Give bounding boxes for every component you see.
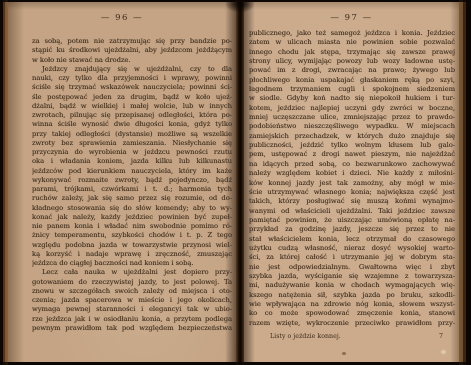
text-line: wykonywać rozmaite zwroty, bądź pojedync…: [32, 176, 232, 185]
left-page: — 96 — za sobą, potem nie zatrzymując si…: [8, 2, 236, 362]
text-line: przyczynia do wyrobienia w jeźdzcu pewno…: [32, 148, 232, 157]
text-line: Jeźdzcy znajdujący się w ujeżdżalni, czy…: [32, 65, 232, 74]
text-line: nauki, czy tylko dla przyjemności i wpra…: [32, 74, 232, 83]
text-line: zwrotach, pilnując się przepisanej odleg…: [32, 111, 232, 120]
text-line: szybka jazda, wyściganie się wzajemne z …: [249, 272, 455, 281]
text-line: czenia; jazda spacerowa w mieście i jego…: [32, 296, 232, 305]
text-line: płochliwego konia uspakajać głaskaniem r…: [249, 76, 455, 85]
text-line: należy względem kobiet i dzieci. Nie każ…: [249, 169, 455, 178]
text-line: użytku cudzą własność, nieraz dosyć wyso…: [249, 244, 455, 253]
right-page: — 97 — publicznego, jako też samegoż jeź…: [244, 2, 459, 362]
text-line: pować im z drogi, zwracając na prawo; ży…: [249, 66, 455, 75]
text-line: Lecz cała nauka w ujeżdżalni jest dopier…: [32, 268, 232, 277]
text-line: ką korzyść i nadaje wprawę i zręczność, …: [32, 250, 232, 259]
text-line: dżalni, bądź w wielkiej i małej wolcie, …: [32, 102, 232, 111]
right-page-text: publicznego, jako też samegoż jeźdzca i …: [249, 29, 455, 328]
footer-signature-number: 7: [439, 333, 443, 340]
text-line: wanymi od właścicieli ujeżdżalni. Taki j…: [249, 207, 455, 216]
text-line: pamiętać powinien, że uiszczając umówion…: [249, 216, 455, 225]
text-line: ków konnej jazdy jest tak zamożny, aby m…: [249, 179, 455, 188]
text-line: znowu w szczegółach swoich zależy od mie…: [32, 287, 232, 296]
paper-speck: [342, 352, 346, 355]
text-line: razem wzięte, wykroczenie przeciwko praw…: [249, 319, 455, 328]
text-line: parami, trójkami, czwórkami i t. d.; har…: [32, 185, 232, 194]
text-line: stał właścicielem konia, lecz otrzymał d…: [249, 235, 455, 244]
text-line: takich, którzy posługiwać się muszą końm…: [249, 197, 455, 206]
text-line: konać jak należy, każdy jeździec powinie…: [32, 213, 232, 222]
book-right-edge: [459, 0, 471, 365]
text-line: ście utrzymywać własnego konia; najwięks…: [249, 188, 455, 197]
left-page-number: — 96 —: [8, 13, 236, 23]
text-line: przy takiej odległości (dystansie) możli…: [32, 130, 232, 139]
right-page-number: — 97 —: [244, 13, 459, 23]
text-line: nie jest odpowiedzialnym. Gwałtowna więc…: [249, 263, 455, 272]
text-line: pewnym prawidłom tak pod względem bezpie…: [32, 324, 232, 333]
text-line: strony ulicy, wymijając powozy lub wozy …: [249, 57, 455, 66]
text-line: rze jeźdzca jak i w osiodłaniu konia, a …: [32, 315, 232, 324]
text-line: kładnego stosowania się do słów komendy;…: [32, 204, 232, 213]
text-line: publicznego, jako też samegoż jeźdzca i …: [249, 29, 455, 38]
text-line: na idących przed sobą, co bezwarunkowo z…: [249, 160, 455, 169]
text-line: stąpić ku środkowi ujeżdżalni, aby jeźdz…: [32, 46, 232, 55]
text-line: żnicy temperamentu, szybkości chodów i t…: [32, 231, 232, 240]
text-line: ko co może spowodować zmęczenie konia, s…: [249, 309, 455, 318]
text-line: kszego natężenia sił, szybka jazda po br…: [249, 291, 455, 300]
scan-top-edge: [0, 0, 471, 2]
text-line: łagodnem trzymaniem cugli i spokojnem si…: [249, 85, 455, 94]
text-line: wie wpływająca na zdrowie nóg konia, sło…: [249, 300, 455, 309]
text-line: jeźdzców pod kierunkiem nauczyciela, któ…: [32, 167, 232, 176]
text-line: mi, nadużywanie konia w chodach wymagają…: [249, 281, 455, 290]
page-footer: Listy o jeździe konnej. 7: [244, 333, 459, 340]
text-line: śle postępować jeden za drugim, bądź w k…: [32, 93, 232, 102]
text-line: przykład za godzinę jazdy, jeszcze się p…: [249, 225, 455, 234]
book-gutter: [236, 0, 244, 365]
text-line: ruchów zależy, jak się samo przez się ro…: [32, 194, 232, 203]
text-line: względu podobna jazda w towarzystwie prz…: [32, 241, 232, 250]
paper-speck: [440, 349, 447, 355]
text-line: nie panem konia i władać nim swobodnie p…: [32, 222, 232, 231]
footer-book-title: Listy o jeździe konnej.: [270, 333, 341, 340]
text-line: winna ściśle wynosić dwie długości konia…: [32, 120, 232, 129]
text-line: pem, ustępować z drogi nawet pieszym, ni…: [249, 150, 455, 159]
gutter-shadow: [220, 0, 260, 16]
text-line: wymaga pewnej staranności i elegancyi ta…: [32, 305, 232, 314]
book-scan: — 96 — za sobą, potem nie zatrzymując si…: [0, 0, 471, 365]
text-line: innego chodu jak stępa, trzymając się za…: [249, 48, 455, 57]
text-line: kotem, jeździec najlepiej uczyni gdy zwr…: [249, 104, 455, 113]
text-line: podobieństwo nieszczęśliwego wypadku. W …: [249, 122, 455, 131]
text-line: za sobą, potem nie zatrzymując się przy …: [32, 37, 232, 46]
book-left-edge: [0, 0, 8, 365]
text-line: oka i władania koniem, jazda kilku lub k…: [32, 157, 232, 166]
text-line: zamiejskich przechadzek, w których dużo …: [249, 132, 455, 141]
text-line: ści, za której całość i utrzymanie jej w…: [249, 253, 455, 262]
text-line: jeźdzca do ciągłej baczności nad koniem …: [32, 259, 232, 268]
text-line: publiczności, jeździć tylko wolnym kłuse…: [249, 141, 455, 150]
text-line: ściśle się trzymać wskazówek nauczyciela…: [32, 83, 232, 92]
text-line: gotowaniem do rzeczywistej jazdy, to jes…: [32, 278, 232, 287]
text-line: zatem w ulicach miasta nie powinien sobi…: [249, 38, 455, 47]
text-line: w koło nie stawać na drodze.: [32, 56, 232, 65]
left-page-text: za sobą, potem nie zatrzymując się przy …: [32, 37, 232, 333]
text-line: mniej uczęszczane ulice, zmniejszając pr…: [249, 113, 455, 122]
text-line: w siodle. Gdyby koń nadto się niepokoił …: [249, 94, 455, 103]
text-line: zwroty bez sprawienia zamieszania. Niesł…: [32, 139, 232, 148]
